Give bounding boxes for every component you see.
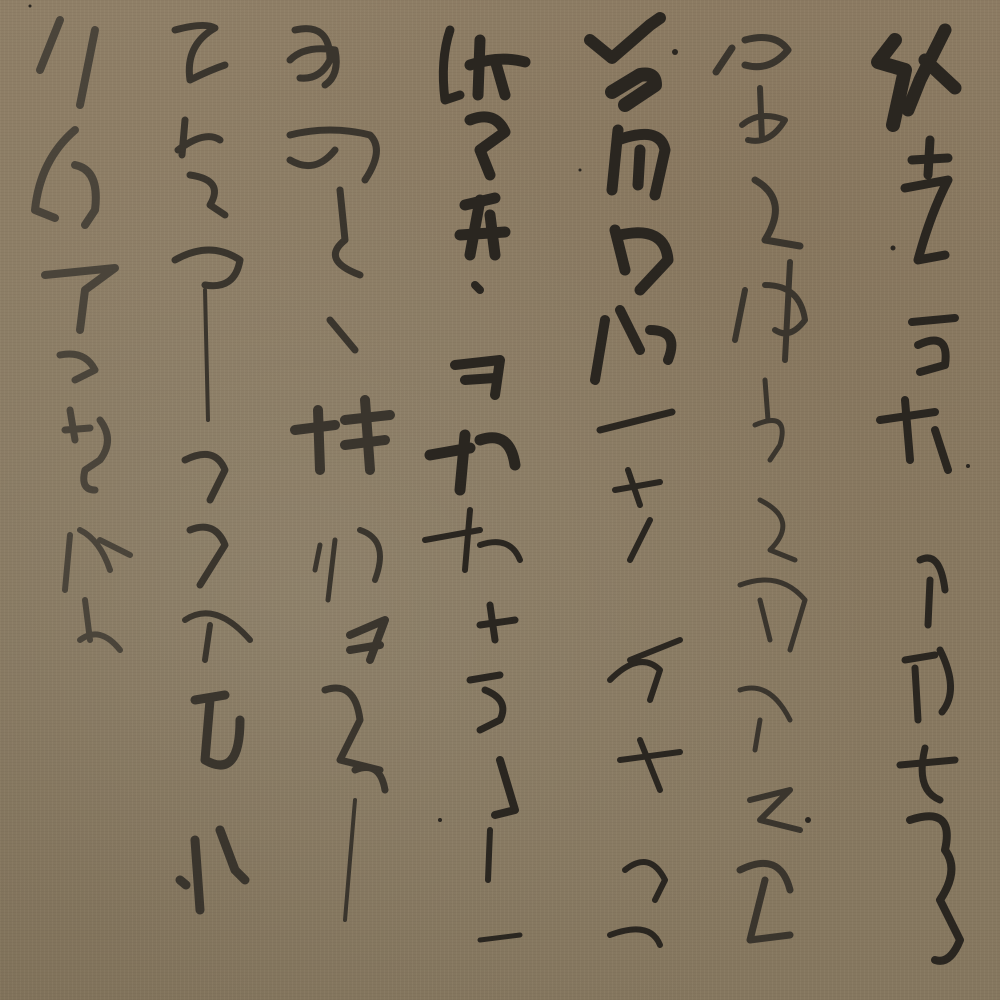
column-3 (590, 18, 680, 945)
brush-strokes (0, 0, 1000, 1000)
column-4 (425, 30, 525, 940)
column-7 (35, 20, 130, 650)
column-5 (290, 29, 390, 920)
column-6 (175, 25, 250, 910)
calligraphy-scroll: Cursive calligraphy on aged paper (0, 0, 1000, 1000)
column-2 (716, 38, 805, 940)
column-1 (878, 30, 960, 961)
